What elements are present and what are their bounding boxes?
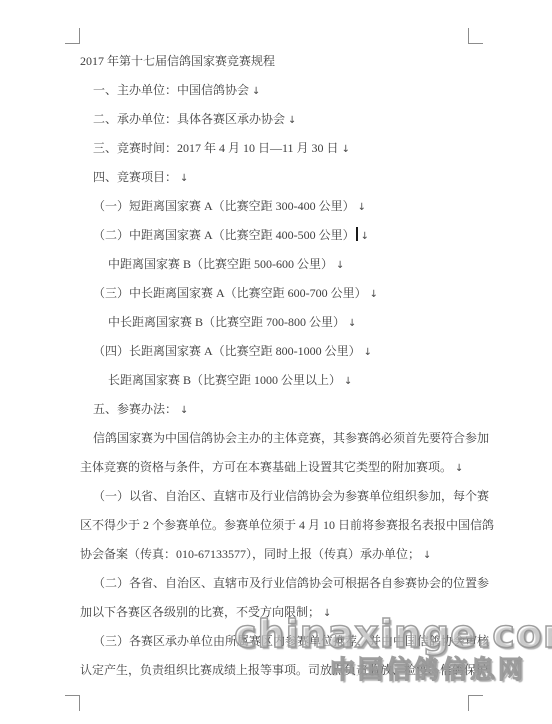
document-line: 认定产生，负责组织比赛成绩上报等事项。司放点负责监放、检疫、信鸽保护	[80, 656, 472, 685]
document-line: （二）中距离国家赛 A（比赛空距 400-500 公里）↓	[93, 221, 472, 250]
line-break-mark-icon: ↓	[364, 347, 372, 358]
document-line: 三、竞赛时间：2017 年 4 月 10 日—11 月 30 日↓	[93, 134, 472, 163]
document-line: 二、承办单位：具体各赛区承办协会↓	[93, 105, 472, 134]
line-text: （二）各省、自治区、直辖市及行业信鸽协会可根据各自参赛协会的位置参	[93, 576, 489, 590]
document-line: 区不得少于 2 个参赛单位。参赛单位须于 4 月 10 日前将参赛报名表报中国信…	[80, 511, 472, 540]
document-line: 一、主办单位：中国信鸽协会↓	[93, 76, 472, 105]
crop-mark-top-right-icon	[468, 28, 483, 44]
line-text: 长距离国家赛 B（比赛空距 1000 公里以上）	[108, 373, 341, 387]
document-line: 加以下各赛区各级别的比赛，不受方向限制；↓	[80, 598, 472, 627]
document-line: 协会备案（传真：010-67133577），同时上报（传真）承办单位；↓	[80, 540, 472, 569]
line-text: 加以下各赛区各级别的比赛，不受方向限制；	[80, 605, 320, 619]
crop-mark-bottom-left-icon	[65, 695, 80, 711]
line-break-mark-icon: ↓	[180, 405, 188, 416]
document-line: 四、竞赛项目：↓	[93, 163, 472, 192]
line-text: 认定产生，负责组织比赛成绩上报等事项。司放点负责监放、检疫、信鸽保护	[80, 663, 488, 677]
line-break-mark-icon: ↓	[344, 376, 352, 387]
line-break-mark-icon: ↓	[342, 144, 350, 155]
line-text: （一）短距离国家赛 A（比赛空距 300-400 公里）	[93, 199, 355, 213]
document-line: （二）各省、自治区、直辖市及行业信鸽协会可根据各自参赛协会的位置参	[93, 569, 472, 598]
line-break-mark-icon: ↓	[252, 86, 260, 97]
line-text: （三）各赛区承办单位由所属赛区内参赛单位推荐，并由中国信鸽协会审核	[93, 634, 489, 648]
line-text: （一）以省、自治区、直辖市及行业信鸽协会为参赛单位组织参加，每个赛	[93, 489, 489, 503]
line-text: 主体竞赛的资格与条件，方可在本赛基础上设置其它类型的附加赛项。	[80, 460, 452, 474]
text-cursor	[356, 227, 358, 241]
document-line: （一）短距离国家赛 A（比赛空距 300-400 公里）↓	[93, 192, 472, 221]
line-break-mark-icon: ↓	[358, 202, 366, 213]
line-text: 中距离国家赛 B（比赛空距 500-600 公里）	[108, 257, 333, 271]
line-text: 四、竞赛项目：	[93, 170, 177, 184]
line-break-mark-icon: ↓	[455, 463, 463, 474]
line-text: 三、竞赛时间：2017 年 4 月 10 日—11 月 30 日	[93, 141, 339, 155]
line-text: 二、承办单位：具体各赛区承办协会	[93, 112, 285, 126]
document-page: 2017 年第十七届信鸽国家赛竞赛规程 一、主办单位：中国信鸽协会↓二、承办单位…	[0, 0, 552, 724]
line-break-mark-icon: ↓	[361, 231, 369, 242]
line-break-mark-icon: ↓	[180, 173, 188, 184]
line-break-mark-icon: ↓	[323, 608, 331, 619]
line-break-mark-icon: ↓	[370, 289, 378, 300]
line-text: （三）中长距离国家赛 A（比赛空距 600-700 公里）	[93, 286, 367, 300]
line-break-mark-icon: ↓	[336, 260, 344, 271]
line-break-mark-icon: ↓	[423, 550, 431, 561]
document-line: 主体竞赛的资格与条件，方可在本赛基础上设置其它类型的附加赛项。↓	[80, 453, 472, 482]
line-text: 中长距离国家赛 B（比赛空距 700-800 公里）	[108, 315, 345, 329]
line-break-mark-icon: ↓	[348, 318, 356, 329]
line-text: 区不得少于 2 个参赛单位。参赛单位须于 4 月 10 日前将参赛报名表报中国信…	[80, 518, 494, 532]
line-text: 一、主办单位：中国信鸽协会	[93, 83, 249, 97]
document-title: 2017 年第十七届信鸽国家赛竞赛规程	[80, 47, 472, 76]
line-text: （四）长距离国家赛 A（比赛空距 800-1000 公里）	[93, 344, 361, 358]
line-text: （二）中距离国家赛 A（比赛空距 400-500 公里）	[93, 228, 355, 242]
document-body[interactable]: 2017 年第十七届信鸽国家赛竞赛规程 一、主办单位：中国信鸽协会↓二、承办单位…	[80, 47, 472, 685]
document-line: 信鸽国家赛为中国信鸽协会主办的主体竞赛，其参赛鸽必须首先要符合参加	[93, 424, 472, 453]
line-text: 五、参赛办法：	[93, 402, 177, 416]
document-line: 长距离国家赛 B（比赛空距 1000 公里以上）↓	[108, 366, 472, 395]
crop-mark-bottom-right-icon	[468, 695, 483, 711]
line-text: 协会备案（传真：010-67133577），同时上报（传真）承办单位；	[80, 547, 420, 561]
document-line: （三）各赛区承办单位由所属赛区内参赛单位推荐，并由中国信鸽协会审核	[93, 627, 472, 656]
line-break-mark-icon: ↓	[288, 115, 296, 126]
document-line: （三）中长距离国家赛 A（比赛空距 600-700 公里）↓	[93, 279, 472, 308]
line-text: 信鸽国家赛为中国信鸽协会主办的主体竞赛，其参赛鸽必须首先要符合参加	[93, 431, 489, 445]
document-line: （一）以省、自治区、直辖市及行业信鸽协会为参赛单位组织参加，每个赛	[93, 482, 472, 511]
crop-mark-top-left-icon	[65, 28, 80, 44]
document-line: （四）长距离国家赛 A（比赛空距 800-1000 公里）↓	[93, 337, 472, 366]
document-line: 中长距离国家赛 B（比赛空距 700-800 公里）↓	[108, 308, 472, 337]
document-line: 中距离国家赛 B（比赛空距 500-600 公里）↓	[108, 250, 472, 279]
document-line: 五、参赛办法：↓	[93, 395, 472, 424]
